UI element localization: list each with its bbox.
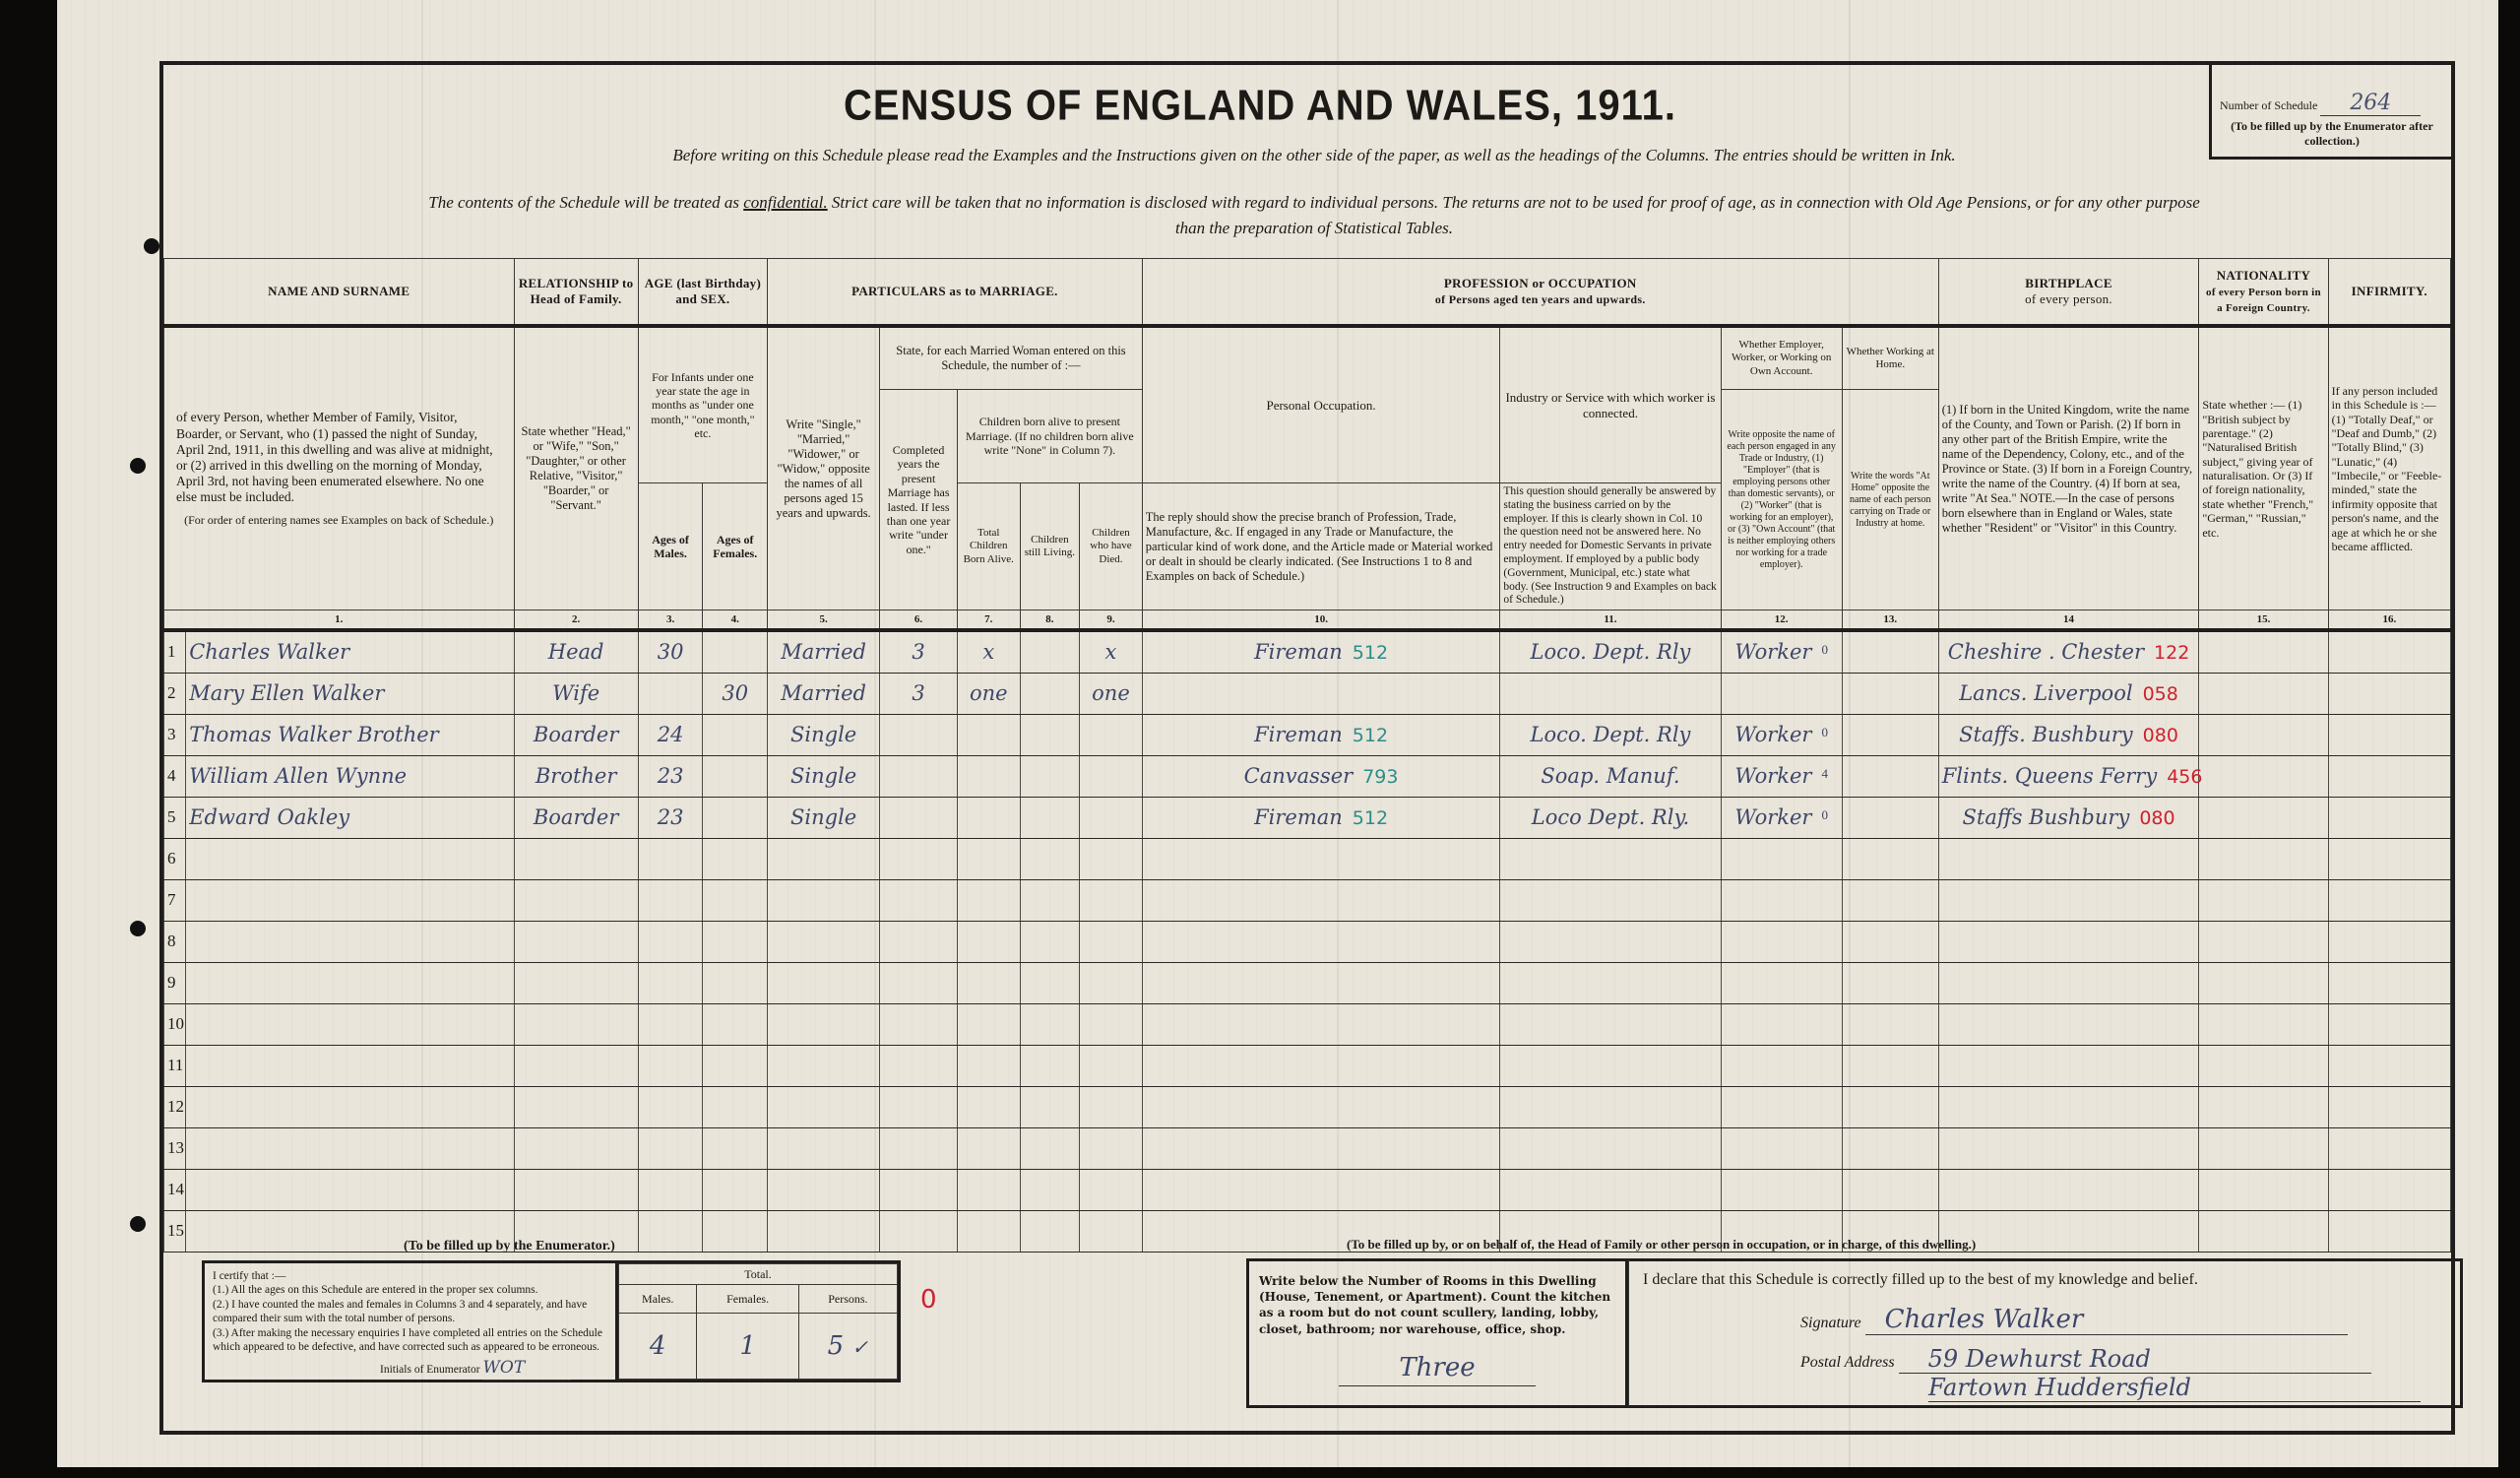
- employer-header: Whether Employer, Worker, or Working on …: [1721, 326, 1842, 390]
- condition-cell-text: Single: [790, 805, 856, 829]
- empty-cell[interactable]: [1842, 1046, 1938, 1087]
- empty-cell[interactable]: [186, 963, 514, 1004]
- at-home-cell[interactable]: [1842, 630, 1938, 674]
- check-mark-icon: ✓: [851, 1335, 868, 1359]
- empty-cell[interactable]: [514, 963, 638, 1004]
- empty-cell[interactable]: [1938, 1087, 2199, 1128]
- row-number: 6: [164, 839, 186, 880]
- table-row: 3Thomas Walker BrotherBoarder24SingleFir…: [164, 715, 2451, 756]
- empty-cell[interactable]: [768, 1170, 880, 1211]
- bp-code-annotation: 122: [2154, 642, 2189, 664]
- empty-cell[interactable]: [1938, 1170, 2199, 1211]
- name-cell-text: Thomas Walker Brother: [189, 723, 438, 746]
- empty-cell[interactable]: [2199, 1004, 2328, 1046]
- empty-cell[interactable]: [1721, 922, 1842, 963]
- empty-cell[interactable]: [186, 1087, 514, 1128]
- address-line-1[interactable]: 59 Dewhurst Road: [1899, 1345, 2371, 1374]
- empty-cell[interactable]: [186, 922, 514, 963]
- total-persons[interactable]: 5 ✓: [798, 1314, 897, 1380]
- empty-cell[interactable]: [703, 1128, 768, 1170]
- age-female-cell[interactable]: [703, 756, 768, 798]
- empty-cell[interactable]: [638, 1170, 703, 1211]
- empty-cell[interactable]: [1938, 839, 2199, 880]
- occupation-subtitle: of Persons aged ten years and upwards.: [1435, 292, 1646, 306]
- empty-cell[interactable]: [1938, 1004, 2199, 1046]
- empty-cell[interactable]: [1142, 1128, 1500, 1170]
- row-number: 7: [164, 880, 186, 922]
- empty-cell[interactable]: [1938, 880, 2199, 922]
- empty-cell[interactable]: [703, 963, 768, 1004]
- empty-cell[interactable]: [768, 922, 880, 963]
- children-died-cell[interactable]: [1080, 798, 1143, 839]
- empty-cell[interactable]: [514, 1004, 638, 1046]
- empty-cell[interactable]: [703, 1046, 768, 1087]
- empty-cell[interactable]: [703, 1211, 768, 1253]
- empty-cell[interactable]: [514, 880, 638, 922]
- empty-cell[interactable]: [768, 1004, 880, 1046]
- name-cell-text: Charles Walker: [189, 640, 349, 664]
- empty-cell[interactable]: [1721, 839, 1842, 880]
- name-cell[interactable]: William Allen Wynne: [186, 756, 514, 798]
- column-number: 13.: [1842, 610, 1938, 631]
- condition-cell[interactable]: Married: [768, 674, 880, 715]
- empty-cell[interactable]: [1842, 1004, 1938, 1046]
- empty-cell[interactable]: [2199, 1046, 2328, 1087]
- empty-cell[interactable]: [1500, 922, 1721, 963]
- empty-cell[interactable]: [880, 839, 958, 880]
- signature-label: Signature: [1800, 1315, 1861, 1331]
- infirmity-cell[interactable]: [2328, 630, 2450, 674]
- age-female-cell[interactable]: [703, 630, 768, 674]
- row-number: 9: [164, 963, 186, 1004]
- age-male-cell[interactable]: [638, 674, 703, 715]
- empty-cell[interactable]: [1938, 963, 2199, 1004]
- empty-cell[interactable]: [2328, 1087, 2450, 1128]
- empty-cell[interactable]: [1500, 1170, 1721, 1211]
- empty-cell[interactable]: [2328, 839, 2450, 880]
- empty-cell[interactable]: [638, 1211, 703, 1253]
- nationality-cell[interactable]: [2199, 798, 2328, 839]
- relationship-cell[interactable]: Brother: [514, 756, 638, 798]
- empty-cell[interactable]: [2328, 880, 2450, 922]
- empty-cell[interactable]: [1080, 1170, 1143, 1211]
- row-number: 11: [164, 1046, 186, 1087]
- employer-cell[interactable]: Worker4: [1721, 756, 1842, 798]
- age-female-cell[interactable]: 30: [703, 674, 768, 715]
- empty-cell[interactable]: [1842, 880, 1938, 922]
- infirmity-cell[interactable]: [2328, 674, 2450, 715]
- empty-cell[interactable]: [957, 880, 1020, 922]
- industry-cell[interactable]: Loco. Dept. Rly: [1500, 715, 1721, 756]
- years-married-cell[interactable]: 3: [880, 630, 958, 674]
- empty-cell[interactable]: [2199, 839, 2328, 880]
- children-born-cell[interactable]: [957, 715, 1020, 756]
- empty-cell[interactable]: [1080, 1046, 1143, 1087]
- empty-cell[interactable]: [1938, 922, 2199, 963]
- table-row: 2Mary Ellen WalkerWife30Married3oneoneLa…: [164, 674, 2451, 715]
- table-row: 7: [164, 880, 2451, 922]
- empty-cell[interactable]: [1500, 1004, 1721, 1046]
- relationship-cell[interactable]: Boarder: [514, 715, 638, 756]
- age-male-cell[interactable]: 30: [638, 630, 703, 674]
- industry-cell[interactable]: [1500, 674, 1721, 715]
- empty-cell[interactable]: [638, 1087, 703, 1128]
- empty-cell[interactable]: [1080, 839, 1143, 880]
- empty-cell[interactable]: [2328, 922, 2450, 963]
- confidential-word: confidential.: [743, 193, 827, 212]
- condition-instructions: Write "Single," "Married," "Widower," or…: [768, 326, 880, 610]
- employer-cell[interactable]: Worker0: [1721, 630, 1842, 674]
- children-living-cell[interactable]: [1020, 715, 1080, 756]
- table-row: 11: [164, 1046, 2451, 1087]
- empty-cell[interactable]: [2199, 922, 2328, 963]
- empty-cell[interactable]: [1938, 1128, 2199, 1170]
- empty-cell[interactable]: [880, 1170, 958, 1211]
- column-number: 10.: [1142, 610, 1500, 631]
- infirmity-cell[interactable]: [2328, 798, 2450, 839]
- empty-cell[interactable]: [1500, 963, 1721, 1004]
- occupation-cell[interactable]: Fireman512: [1142, 630, 1500, 674]
- empty-cell[interactable]: [186, 839, 514, 880]
- empty-cell[interactable]: [768, 963, 880, 1004]
- empty-cell[interactable]: [1721, 1004, 1842, 1046]
- empty-cell[interactable]: [1142, 963, 1500, 1004]
- birthplace-cell[interactable]: Flints. Queens Ferry456: [1938, 756, 2199, 798]
- signature-value[interactable]: Charles Walker: [1865, 1305, 2348, 1335]
- condition-cell[interactable]: Single: [768, 756, 880, 798]
- empty-cell[interactable]: [186, 880, 514, 922]
- empty-cell[interactable]: [1142, 880, 1500, 922]
- occupation-cell-text: Canvasser: [1244, 764, 1354, 788]
- header-occupation: PROFESSION or OCCUPATIONof Persons aged …: [1142, 259, 1938, 327]
- empty-cell[interactable]: [957, 1087, 1020, 1128]
- nationality-cell[interactable]: [2199, 630, 2328, 674]
- empty-cell[interactable]: [1080, 922, 1143, 963]
- empty-cell[interactable]: [514, 1128, 638, 1170]
- empty-cell[interactable]: [1721, 1170, 1842, 1211]
- age-male-cell[interactable]: 23: [638, 798, 703, 839]
- empty-cell[interactable]: [703, 922, 768, 963]
- years-married-cell[interactable]: [880, 798, 958, 839]
- empty-cell[interactable]: [1842, 1170, 1938, 1211]
- empty-cell[interactable]: [880, 963, 958, 1004]
- empty-cell[interactable]: [1080, 880, 1143, 922]
- relationship-cell[interactable]: Wife: [514, 674, 638, 715]
- empty-cell[interactable]: [880, 880, 958, 922]
- name-cell[interactable]: Edward Oakley: [186, 798, 514, 839]
- infirmity-cell[interactable]: [2328, 756, 2450, 798]
- empty-cell[interactable]: [880, 1046, 958, 1087]
- header-marriage: PARTICULARS as to MARRIAGE.: [768, 259, 1143, 327]
- punch-hole: [130, 458, 146, 474]
- empty-cell[interactable]: [703, 839, 768, 880]
- empty-cell[interactable]: [1142, 922, 1500, 963]
- empty-cell[interactable]: [2199, 963, 2328, 1004]
- empty-cell[interactable]: [638, 922, 703, 963]
- birthplace-cell[interactable]: Lancs. Liverpool058: [1938, 674, 2199, 715]
- nationality-subtitle: of every Person born in a Foreign Countr…: [2206, 287, 2321, 314]
- empty-cell[interactable]: [703, 1170, 768, 1211]
- years-married-instructions: Completed years the present Marriage has…: [880, 390, 958, 610]
- empty-cell[interactable]: [880, 922, 958, 963]
- empty-cell[interactable]: [1721, 1046, 1842, 1087]
- instruction-text: Strict care will be taken that no inform…: [828, 193, 2200, 212]
- empty-cell[interactable]: [2199, 1170, 2328, 1211]
- empty-cell[interactable]: [1020, 1004, 1080, 1046]
- header-birthplace: BIRTHPLACEof every person.: [1938, 259, 2199, 327]
- empty-cell[interactable]: [1142, 839, 1500, 880]
- empty-cell[interactable]: [2328, 963, 2450, 1004]
- name-cell-text: William Allen Wynne: [189, 764, 407, 788]
- empty-cell[interactable]: [703, 1004, 768, 1046]
- birthplace-cell-text: Lancs. Liverpool: [1959, 681, 2132, 705]
- total-label: Total.: [619, 1264, 898, 1285]
- years-married-cell[interactable]: 3: [880, 674, 958, 715]
- birthplace-cell[interactable]: Staffs Bushbury080: [1938, 798, 2199, 839]
- personal-occupation-header: Personal Occupation.: [1142, 326, 1500, 483]
- empty-cell[interactable]: [1080, 1087, 1143, 1128]
- empty-cell[interactable]: [2328, 1046, 2450, 1087]
- table-row: 6: [164, 839, 2451, 880]
- empty-cell[interactable]: [1842, 922, 1938, 963]
- condition-cell[interactable]: Married: [768, 630, 880, 674]
- empty-cell[interactable]: [1842, 1087, 1938, 1128]
- occupation-cell[interactable]: Fireman512: [1142, 715, 1500, 756]
- industry-cell[interactable]: Soap. Manuf.: [1500, 756, 1721, 798]
- empty-cell[interactable]: [1500, 1128, 1721, 1170]
- children-living-cell[interactable]: [1020, 674, 1080, 715]
- empty-cell[interactable]: [1020, 922, 1080, 963]
- empty-cell[interactable]: [1842, 963, 1938, 1004]
- empty-cell[interactable]: [1080, 1004, 1143, 1046]
- empty-cell[interactable]: [1020, 963, 1080, 1004]
- name-cell[interactable]: Charles Walker: [186, 630, 514, 674]
- empty-cell[interactable]: [2199, 880, 2328, 922]
- empty-cell[interactable]: [638, 1046, 703, 1087]
- children-living-cell[interactable]: [1020, 798, 1080, 839]
- empty-cell[interactable]: [768, 1046, 880, 1087]
- industry-cell[interactable]: Loco Dept. Rly.: [1500, 798, 1721, 839]
- total-females[interactable]: 1: [697, 1314, 798, 1380]
- name-cell[interactable]: Thomas Walker Brother: [186, 715, 514, 756]
- empty-cell[interactable]: [957, 963, 1020, 1004]
- empty-cell[interactable]: [880, 1004, 958, 1046]
- empty-cell[interactable]: [2328, 1004, 2450, 1046]
- birthplace-cell[interactable]: Staffs. Bushbury080: [1938, 715, 2199, 756]
- condition-cell-text: Single: [790, 723, 856, 746]
- schedule-number-box: Number of Schedule 264 (To be filled up …: [2209, 61, 2455, 160]
- empty-cell[interactable]: [703, 880, 768, 922]
- empty-cell[interactable]: [1500, 1087, 1721, 1128]
- header-infirmity: INFIRMITY.: [2328, 259, 2450, 327]
- initials-label: Initials of Enumerator: [380, 1364, 480, 1376]
- occupation-instructions: The reply should show the precise branch…: [1142, 483, 1500, 610]
- empty-cell[interactable]: [1721, 1087, 1842, 1128]
- name-cell-text: Edward Oakley: [189, 805, 349, 829]
- empty-cell[interactable]: [1080, 963, 1143, 1004]
- column-number: 8.: [1020, 610, 1080, 631]
- empty-cell[interactable]: [1142, 1004, 1500, 1046]
- empty-cell[interactable]: [2199, 1128, 2328, 1170]
- at-home-cell[interactable]: [1842, 798, 1938, 839]
- empty-cell[interactable]: [703, 1087, 768, 1128]
- empty-cell[interactable]: [186, 1046, 514, 1087]
- empty-cell[interactable]: [1020, 1128, 1080, 1170]
- empty-cell[interactable]: [1080, 1211, 1143, 1253]
- empty-cell[interactable]: [957, 1128, 1020, 1170]
- ages-males-header: Ages of Males.: [638, 483, 703, 610]
- children-born-cell[interactable]: x: [957, 630, 1020, 674]
- empty-cell[interactable]: [1020, 1046, 1080, 1087]
- empty-cell[interactable]: [638, 963, 703, 1004]
- age-female-cell[interactable]: [703, 715, 768, 756]
- empty-cell[interactable]: [1020, 1211, 1080, 1253]
- children-died-cell[interactable]: one: [1080, 674, 1143, 715]
- empty-cell[interactable]: [638, 880, 703, 922]
- empty-cell[interactable]: [957, 1004, 1020, 1046]
- empty-cell[interactable]: [514, 839, 638, 880]
- years-married-cell[interactable]: [880, 715, 958, 756]
- condition-cell[interactable]: Single: [768, 715, 880, 756]
- empty-cell[interactable]: [2328, 1211, 2450, 1253]
- header-age: AGE (last Birthday) and SEX.: [638, 259, 767, 327]
- empty-cell[interactable]: [1721, 880, 1842, 922]
- children-born-cell[interactable]: one: [957, 674, 1020, 715]
- enumerator-certification: I certify that :— (1.) All the ages on t…: [202, 1260, 615, 1382]
- empty-cell[interactable]: [1142, 1046, 1500, 1087]
- children-born-cell[interactable]: [957, 798, 1020, 839]
- empty-cell[interactable]: [1020, 839, 1080, 880]
- empty-cell[interactable]: [514, 922, 638, 963]
- nationality-cell[interactable]: [2199, 674, 2328, 715]
- empty-cell[interactable]: [514, 1170, 638, 1211]
- column-number: 1.: [164, 610, 515, 631]
- age-female-cell[interactable]: [703, 798, 768, 839]
- empty-cell[interactable]: [1938, 1211, 2199, 1253]
- empty-cell[interactable]: [2199, 1087, 2328, 1128]
- children-died-cell[interactable]: x: [1080, 630, 1143, 674]
- relationship-instructions: State whether "Head," or "Wife," "Son," …: [514, 326, 638, 610]
- at-home-cell[interactable]: [1842, 674, 1938, 715]
- nationality-cell[interactable]: [2199, 715, 2328, 756]
- empty-cell[interactable]: [1842, 1128, 1938, 1170]
- occupation-cell[interactable]: [1142, 674, 1500, 715]
- rooms-value[interactable]: Three: [1339, 1351, 1536, 1386]
- children-born-cell[interactable]: [957, 756, 1020, 798]
- empty-cell[interactable]: [1500, 839, 1721, 880]
- at-home-cell[interactable]: [1842, 756, 1938, 798]
- empty-cell[interactable]: [880, 1087, 958, 1128]
- emp-code-annotation: 0: [1821, 725, 1828, 739]
- children-died-cell[interactable]: [1080, 715, 1143, 756]
- industry-cell[interactable]: Loco. Dept. Rly: [1500, 630, 1721, 674]
- employer-cell[interactable]: Worker0: [1721, 715, 1842, 756]
- empty-cell[interactable]: [768, 1211, 880, 1253]
- age-male-cell[interactable]: 24: [638, 715, 703, 756]
- empty-cell[interactable]: [514, 1087, 638, 1128]
- condition-cell-text: Married: [781, 640, 866, 664]
- empty-cell[interactable]: [1842, 839, 1938, 880]
- column-numbers: 1. 2. 3. 4. 5. 6. 7. 8. 9. 10. 11. 12. 1…: [164, 610, 2451, 631]
- empty-cell[interactable]: [186, 1004, 514, 1046]
- children-living-cell[interactable]: [1020, 756, 1080, 798]
- empty-cell[interactable]: [1020, 880, 1080, 922]
- years-married-cell[interactable]: [880, 756, 958, 798]
- condition-cell[interactable]: Single: [768, 798, 880, 839]
- empty-cell[interactable]: [880, 1128, 958, 1170]
- children-died-cell[interactable]: [1080, 756, 1143, 798]
- empty-cell[interactable]: [638, 839, 703, 880]
- empty-cell[interactable]: [186, 1170, 514, 1211]
- occ-code-annotation: 793: [1362, 766, 1398, 788]
- age-male-cell-text: 23: [658, 805, 684, 829]
- birthplace-subtitle: of every person.: [2025, 291, 2112, 306]
- empty-cell[interactable]: [768, 1087, 880, 1128]
- children-living-cell[interactable]: [1020, 630, 1080, 674]
- empty-cell[interactable]: [1938, 1046, 2199, 1087]
- column-number: 7.: [957, 610, 1020, 631]
- row-number: 2: [164, 674, 186, 715]
- empty-cell[interactable]: [957, 922, 1020, 963]
- table-row: 12: [164, 1087, 2451, 1128]
- empty-cell[interactable]: [638, 1004, 703, 1046]
- total-males[interactable]: 4: [619, 1314, 697, 1380]
- empty-cell[interactable]: [2328, 1170, 2450, 1211]
- nationality-cell[interactable]: [2199, 756, 2328, 798]
- empty-cell[interactable]: [2328, 1128, 2450, 1170]
- empty-cell[interactable]: [1500, 880, 1721, 922]
- employer-cell-text: Worker: [1734, 764, 1811, 788]
- employer-cell[interactable]: [1721, 674, 1842, 715]
- at-home-cell[interactable]: [1842, 715, 1938, 756]
- relationship-cell[interactable]: Head: [514, 630, 638, 674]
- empty-cell[interactable]: [768, 1128, 880, 1170]
- empty-cell[interactable]: [2199, 1211, 2328, 1253]
- empty-cell[interactable]: [514, 1046, 638, 1087]
- empty-cell[interactable]: [1500, 1046, 1721, 1087]
- empty-cell[interactable]: [957, 1211, 1020, 1253]
- schedule-number-value[interactable]: 264: [2320, 91, 2421, 116]
- empty-cell[interactable]: [880, 1211, 958, 1253]
- empty-cell[interactable]: [638, 1128, 703, 1170]
- punch-hole: [144, 238, 159, 254]
- empty-cell[interactable]: [768, 880, 880, 922]
- birthplace-cell[interactable]: Cheshire . Chester122: [1938, 630, 2199, 674]
- infirmity-cell[interactable]: [2328, 715, 2450, 756]
- employer-cell[interactable]: Worker0: [1721, 798, 1842, 839]
- empty-cell[interactable]: [1080, 1128, 1143, 1170]
- empty-cell[interactable]: [957, 1170, 1020, 1211]
- empty-cell[interactable]: [1142, 1087, 1500, 1128]
- empty-cell[interactable]: [1142, 1170, 1500, 1211]
- empty-cell[interactable]: [768, 839, 880, 880]
- empty-cell[interactable]: [1721, 1128, 1842, 1170]
- occupation-cell[interactable]: Canvasser793: [1142, 756, 1500, 798]
- name-cell[interactable]: Mary Ellen Walker: [186, 674, 514, 715]
- relationship-cell[interactable]: Boarder: [514, 798, 638, 839]
- row-number: 3: [164, 715, 186, 756]
- empty-cell[interactable]: [1020, 1170, 1080, 1211]
- address-line-2[interactable]: Fartown Huddersfield: [1928, 1374, 2421, 1402]
- empty-cell[interactable]: [1721, 963, 1842, 1004]
- enumerator-initials[interactable]: WOT: [482, 1358, 571, 1380]
- empty-cell[interactable]: [1020, 1087, 1080, 1128]
- occupation-cell[interactable]: Fireman512: [1142, 798, 1500, 839]
- age-male-cell[interactable]: 23: [638, 756, 703, 798]
- empty-cell[interactable]: [186, 1128, 514, 1170]
- empty-cell[interactable]: [957, 839, 1020, 880]
- empty-cell[interactable]: [957, 1046, 1020, 1087]
